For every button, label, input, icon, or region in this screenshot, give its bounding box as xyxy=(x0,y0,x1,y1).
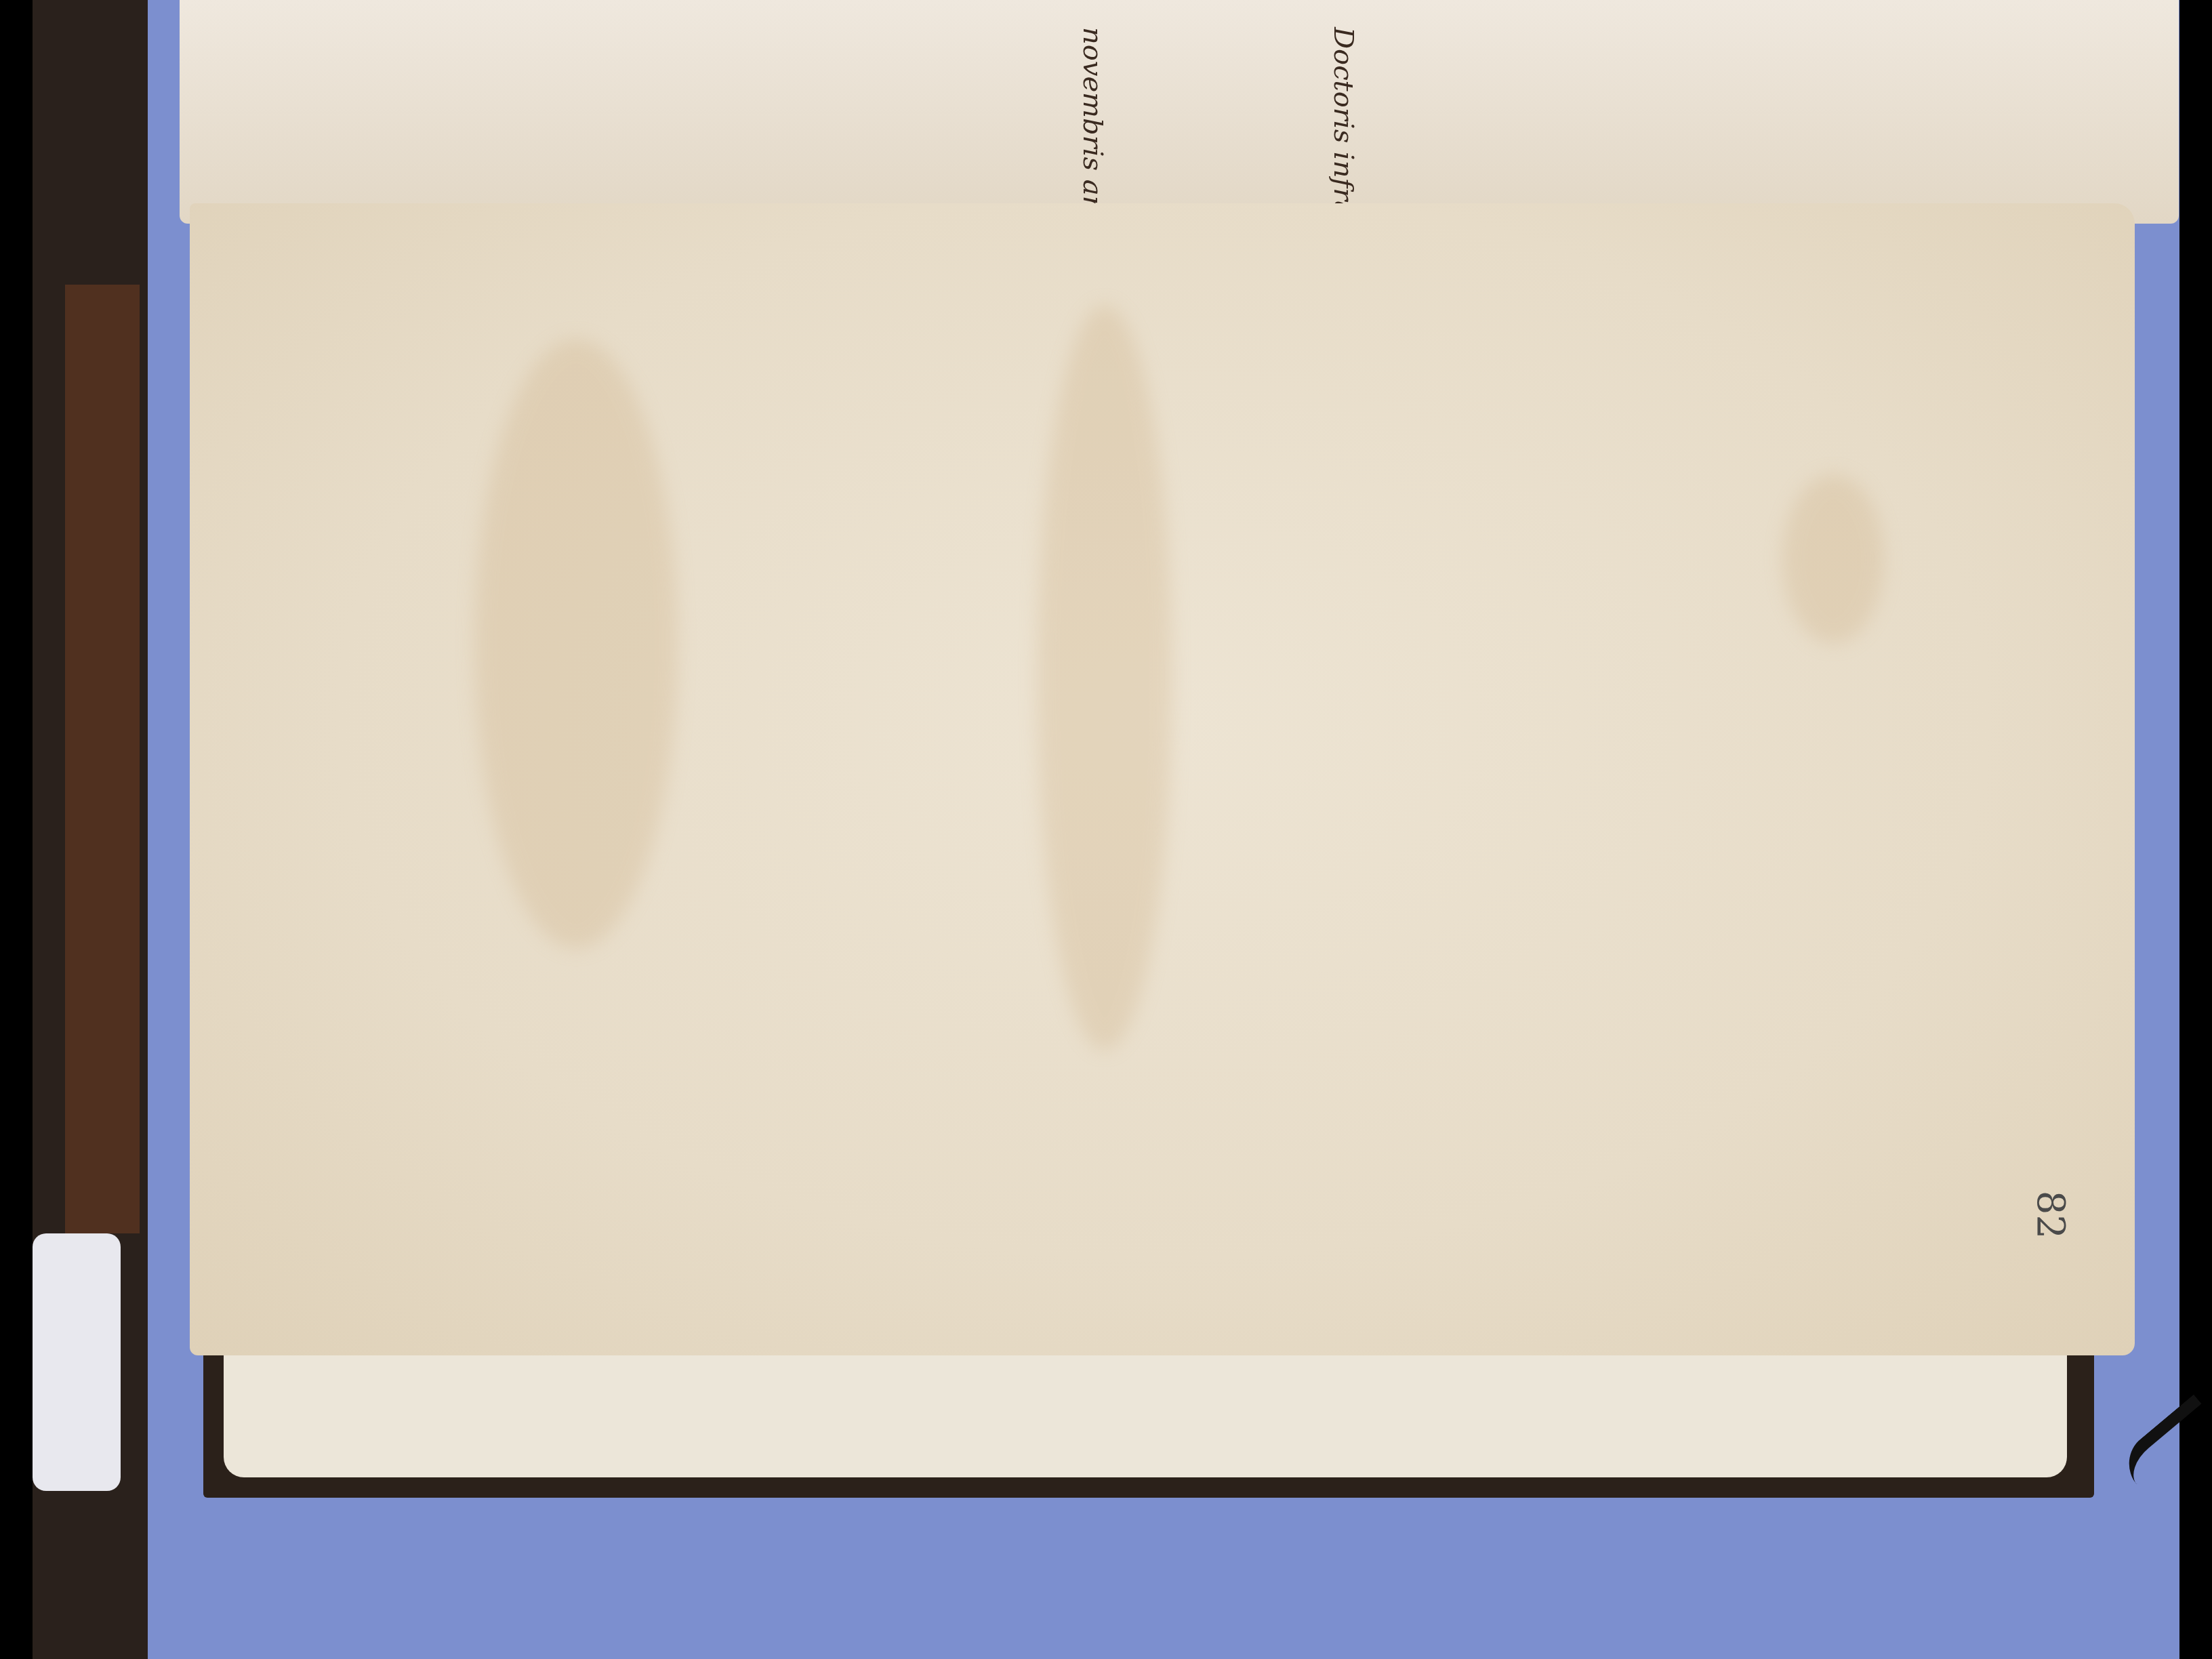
white-cloth xyxy=(33,1233,121,1491)
handwritten-line: Doctoris infra xyxy=(1328,27,1359,217)
previous-page-with-handwriting: novembris anni Doctoris infra xyxy=(180,0,2179,224)
foxing-stain xyxy=(1782,474,1884,644)
left-letterbox xyxy=(0,0,33,1659)
folio-number: 82 xyxy=(2028,1191,2072,1239)
foxing-stain xyxy=(474,339,678,949)
blank-manuscript-page xyxy=(190,203,2135,1355)
foxing-stain xyxy=(1037,305,1172,1050)
board-texture xyxy=(65,285,140,1233)
photo-frame: novembris anni Doctoris infra 82 xyxy=(0,0,2212,1659)
